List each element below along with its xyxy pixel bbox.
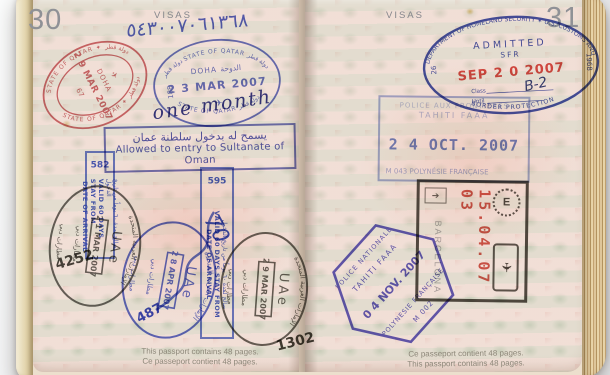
valid60-serial: 595 — [208, 176, 227, 186]
footer-english: This passport contains 48 pages. — [368, 358, 564, 370]
us-port-code: SFR — [500, 49, 521, 59]
airplane-box: ✈ — [492, 243, 519, 291]
right-page-footer: Ce passeport contient 48 pages. This pas… — [368, 348, 564, 370]
uae-date: 2 9 MAR 2007 — [257, 258, 270, 321]
tahiti-line2: TAHITI FAAA — [419, 111, 490, 121]
tahiti-line4: M 043 POLYNÉSIE FRANÇAISE — [386, 167, 489, 176]
uae-letters: UAe — [274, 272, 291, 308]
visas-header-right: VISAS — [386, 10, 424, 21]
polynesie-line3: POLYNESIE FRANÇAISE — [380, 266, 445, 337]
tahiti-faaa-entry-stamp: POLICE AUX FRONTIÈRES TAHITI FAAA 2 4 OC… — [378, 95, 531, 183]
left-page-footer: This passport contains 48 pages. Ce pass… — [95, 346, 305, 367]
valid60-serial: 582 — [91, 160, 110, 170]
airplane-icon: ✈ — [109, 70, 120, 80]
tahiti-date: 2 4 OCT. 2007 — [389, 135, 520, 154]
qatar-red-exit-stamp: STATE OF QATAR ✦ دولة قطر STATE OF QATAR… — [34, 28, 156, 142]
eu-country-emblem: E — [492, 188, 520, 216]
oman-entry-permission-stamp: يسمح له بدخول سلطنة عمان Allowed to entr… — [104, 123, 297, 173]
us-right-serial: 1968 — [584, 53, 593, 71]
entry-arrow-icon: ➔ — [425, 187, 447, 203]
qatar-red-serial: 67 — [74, 87, 85, 99]
qatar-blue-ring-top: دولة قطر STATE OF QATAR دولة قطر — [159, 43, 271, 80]
scribble-number: 70 — [199, 211, 232, 247]
us-left-serial: 26 — [430, 65, 438, 75]
airplane-icon: ✈ — [498, 262, 514, 273]
us-entry-date: SEP 2 0 2007 — [457, 60, 566, 84]
uae-ring-bottom: مطارات دبي — [125, 255, 142, 294]
qatar-blue-serial: 188 — [166, 85, 175, 99]
tahiti-line1: POLICE AUX FRONTIÈRES — [400, 101, 509, 110]
handwritten-scribble: 70 — [142, 198, 232, 316]
uae-inner-arabic: مطارات دبي — [240, 269, 251, 306]
footer-french: Ce passeport contient 48 pages. — [95, 356, 305, 367]
passport-photo: 30 VISAS ٥٤٣٠٠٧٠٦١٣٦٨ STATE OF QATAR ✦ د… — [0, 0, 610, 375]
us-class-label: Class — [471, 88, 486, 95]
oman-english-line: Allowed to entry to Sultanate of Oman — [106, 141, 294, 169]
qatar-blue-city: DOHA الدوحة — [190, 63, 241, 76]
